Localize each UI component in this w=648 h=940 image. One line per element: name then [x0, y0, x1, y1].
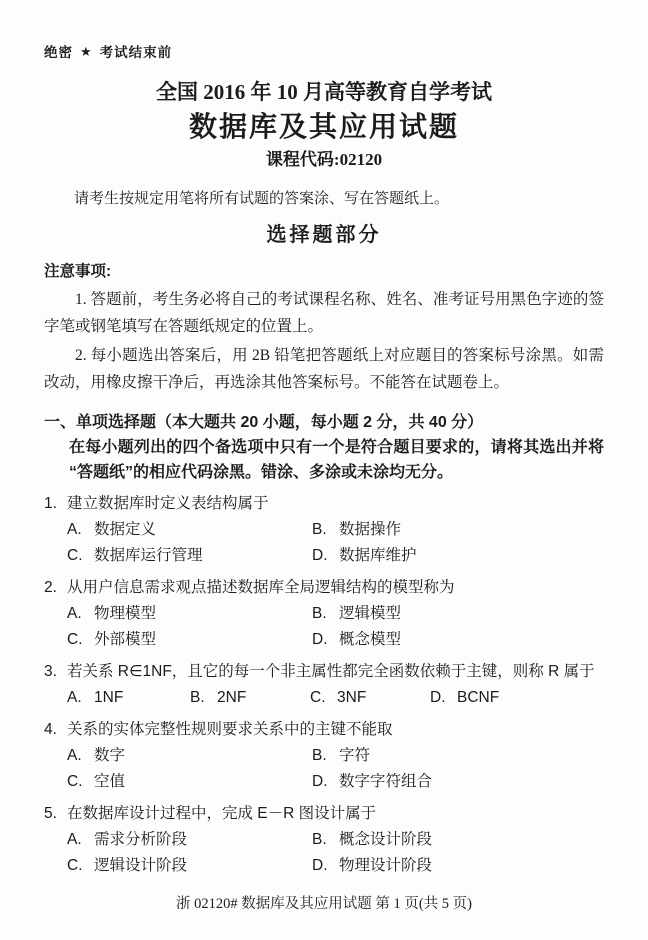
question-5: 5. 在数据库设计过程中，完成 E－R 图设计属于 A.需求分析阶段 B.概念设… — [44, 801, 604, 879]
option-text: 概念模型 — [339, 631, 401, 648]
option-b: B.2NF — [190, 685, 310, 711]
question-text: 关系的实体完整性规则要求关系中的主键不能取 — [67, 717, 604, 743]
question-3: 3. 若关系 R∈1NF，且它的每一个非主属性都完全函数依赖于主键，则称 R 属… — [44, 659, 604, 711]
question-2: 2. 从用户信息需求观点描述数据库全局逻辑结构的模型称为 A.物理模型 B.逻辑… — [44, 575, 604, 653]
option-label: C. — [67, 543, 94, 569]
note-item-1: 1. 答题前，考生务必将自己的考试课程名称、姓名、准考证号用黑色字迹的签字笔或钢… — [44, 286, 604, 340]
note-item-2: 2. 每小题选出答案后，用 2B 铅笔把答题纸上对应题目的答案标号涂黑。如需改动… — [44, 342, 604, 396]
option-a: A.数据定义 — [67, 517, 312, 543]
options-grid: A.数据定义 B.数据操作 C.数据库运行管理 D.数据库维护 — [67, 517, 604, 569]
exam-title: 数据库及其应用试题 — [44, 108, 604, 146]
options-grid: A.需求分析阶段 B.概念设计阶段 C.逻辑设计阶段 D.物理设计阶段 — [67, 827, 604, 879]
option-text: 数据操作 — [339, 521, 401, 538]
option-text: 2NF — [217, 689, 246, 706]
option-label: A. — [67, 601, 94, 627]
question-1: 1. 建立数据库时定义表结构属于 A.数据定义 B.数据操作 C.数据库运行管理… — [44, 491, 604, 569]
option-text: 空值 — [94, 773, 125, 790]
option-label: A. — [67, 827, 94, 853]
question-4: 4. 关系的实体完整性规则要求关系中的主键不能取 A.数字 B.字符 C.空值 … — [44, 717, 604, 795]
option-text: 逻辑设计阶段 — [94, 857, 187, 874]
options-grid: A.物理模型 B.逻辑模型 C.外部模型 D.概念模型 — [67, 601, 604, 653]
option-d: D.数据库维护 — [312, 543, 604, 569]
option-a: A.数字 — [67, 743, 312, 769]
question-text: 在数据库设计过程中，完成 E－R 图设计属于 — [67, 801, 604, 827]
option-text: 物理设计阶段 — [339, 857, 432, 874]
option-label: D. — [430, 685, 457, 711]
option-label: A. — [67, 517, 94, 543]
question-text: 建立数据库时定义表结构属于 — [67, 491, 604, 517]
option-label: C. — [67, 627, 94, 653]
option-text: 数字 — [94, 747, 125, 764]
option-label: B. — [312, 601, 339, 627]
option-c: C.逻辑设计阶段 — [67, 853, 312, 879]
option-label: C. — [67, 853, 94, 879]
option-text: 数据库运行管理 — [94, 547, 203, 564]
part-one-heading: 一、单项选择题（本大题共 20 小题，每小题 2 分，共 40 分） — [44, 410, 604, 435]
option-b: B.逻辑模型 — [312, 601, 604, 627]
question-number: 4. — [44, 717, 67, 743]
exam-paper-page: 绝密 ★ 考试结束前 全国 2016 年 10 月高等教育自学考试 数据库及其应… — [0, 0, 648, 940]
option-d: D.物理设计阶段 — [312, 853, 604, 879]
option-label: B. — [312, 743, 339, 769]
option-a: A.物理模型 — [67, 601, 312, 627]
answer-sheet-instruction: 请考生按规定用笔将所有试题的答案涂、写在答题纸上。 — [44, 188, 604, 210]
course-code: 课程代码:02120 — [44, 148, 604, 172]
option-text: 数据定义 — [94, 521, 156, 538]
option-label: A. — [67, 743, 94, 769]
option-label: D. — [312, 769, 339, 795]
option-c: C.空值 — [67, 769, 312, 795]
option-label: D. — [312, 543, 339, 569]
classification-banner: 绝密 ★ 考试结束前 — [44, 44, 604, 62]
question-stem: 5. 在数据库设计过程中，完成 E－R 图设计属于 — [44, 801, 604, 827]
question-number: 5. — [44, 801, 67, 827]
option-label: D. — [312, 627, 339, 653]
option-text: 逻辑模型 — [339, 605, 401, 622]
option-c: C.数据库运行管理 — [67, 543, 312, 569]
question-stem: 4. 关系的实体完整性规则要求关系中的主键不能取 — [44, 717, 604, 743]
option-text: 字符 — [339, 747, 370, 764]
option-c: C.3NF — [310, 685, 430, 711]
option-text: 需求分析阶段 — [94, 831, 187, 848]
option-text: 外部模型 — [94, 631, 156, 648]
option-label: B. — [312, 517, 339, 543]
page-footer: 浙 02120# 数据库及其应用试题 第 1 页(共 5 页) — [44, 894, 604, 914]
option-label: D. — [312, 853, 339, 879]
question-number: 3. — [44, 659, 67, 685]
option-b: B.字符 — [312, 743, 604, 769]
option-label: C. — [67, 769, 94, 795]
question-text: 若关系 R∈1NF，且它的每一个非主属性都完全函数依赖于主键，则称 R 属于 — [67, 659, 604, 685]
option-text: 数字字符组合 — [339, 773, 432, 790]
option-text: 数据库维护 — [339, 547, 417, 564]
option-text: 概念设计阶段 — [339, 831, 432, 848]
question-text: 从用户信息需求观点描述数据库全局逻辑结构的模型称为 — [67, 575, 604, 601]
notes-heading: 注意事项: — [44, 260, 604, 284]
option-label: B. — [190, 685, 217, 711]
part-one-subheading: 在每小题列出的四个备选项中只有一个是符合题目要求的，请将其选出并将“答题纸”的相… — [69, 435, 604, 485]
option-label: A. — [67, 685, 94, 711]
option-b: B.概念设计阶段 — [312, 827, 604, 853]
question-stem: 1. 建立数据库时定义表结构属于 — [44, 491, 604, 517]
option-d: D.BCNF — [430, 685, 604, 711]
option-text: 1NF — [94, 689, 123, 706]
option-d: D.数字字符组合 — [312, 769, 604, 795]
classification-note: 考试结束前 — [100, 44, 173, 62]
option-c: C.外部模型 — [67, 627, 312, 653]
option-a: A.1NF — [67, 685, 190, 711]
options-row: A.1NF B.2NF C.3NF D.BCNF — [67, 685, 604, 711]
option-text: 物理模型 — [94, 605, 156, 622]
classification-level: 绝密 — [44, 44, 73, 62]
star-icon: ★ — [80, 43, 93, 61]
option-d: D.概念模型 — [312, 627, 604, 653]
question-number: 2. — [44, 575, 67, 601]
question-stem: 2. 从用户信息需求观点描述数据库全局逻辑结构的模型称为 — [44, 575, 604, 601]
option-a: A.需求分析阶段 — [67, 827, 312, 853]
option-b: B.数据操作 — [312, 517, 604, 543]
option-label: B. — [312, 827, 339, 853]
question-stem: 3. 若关系 R∈1NF，且它的每一个非主属性都完全函数依赖于主键，则称 R 属… — [44, 659, 604, 685]
exam-session-title: 全国 2016 年 10 月高等教育自学考试 — [44, 78, 604, 106]
section-title: 选择题部分 — [44, 220, 604, 250]
option-label: C. — [310, 685, 337, 711]
option-text: 3NF — [337, 689, 366, 706]
options-grid: A.数字 B.字符 C.空值 D.数字字符组合 — [67, 743, 604, 795]
question-number: 1. — [44, 491, 67, 517]
option-text: BCNF — [457, 689, 499, 706]
